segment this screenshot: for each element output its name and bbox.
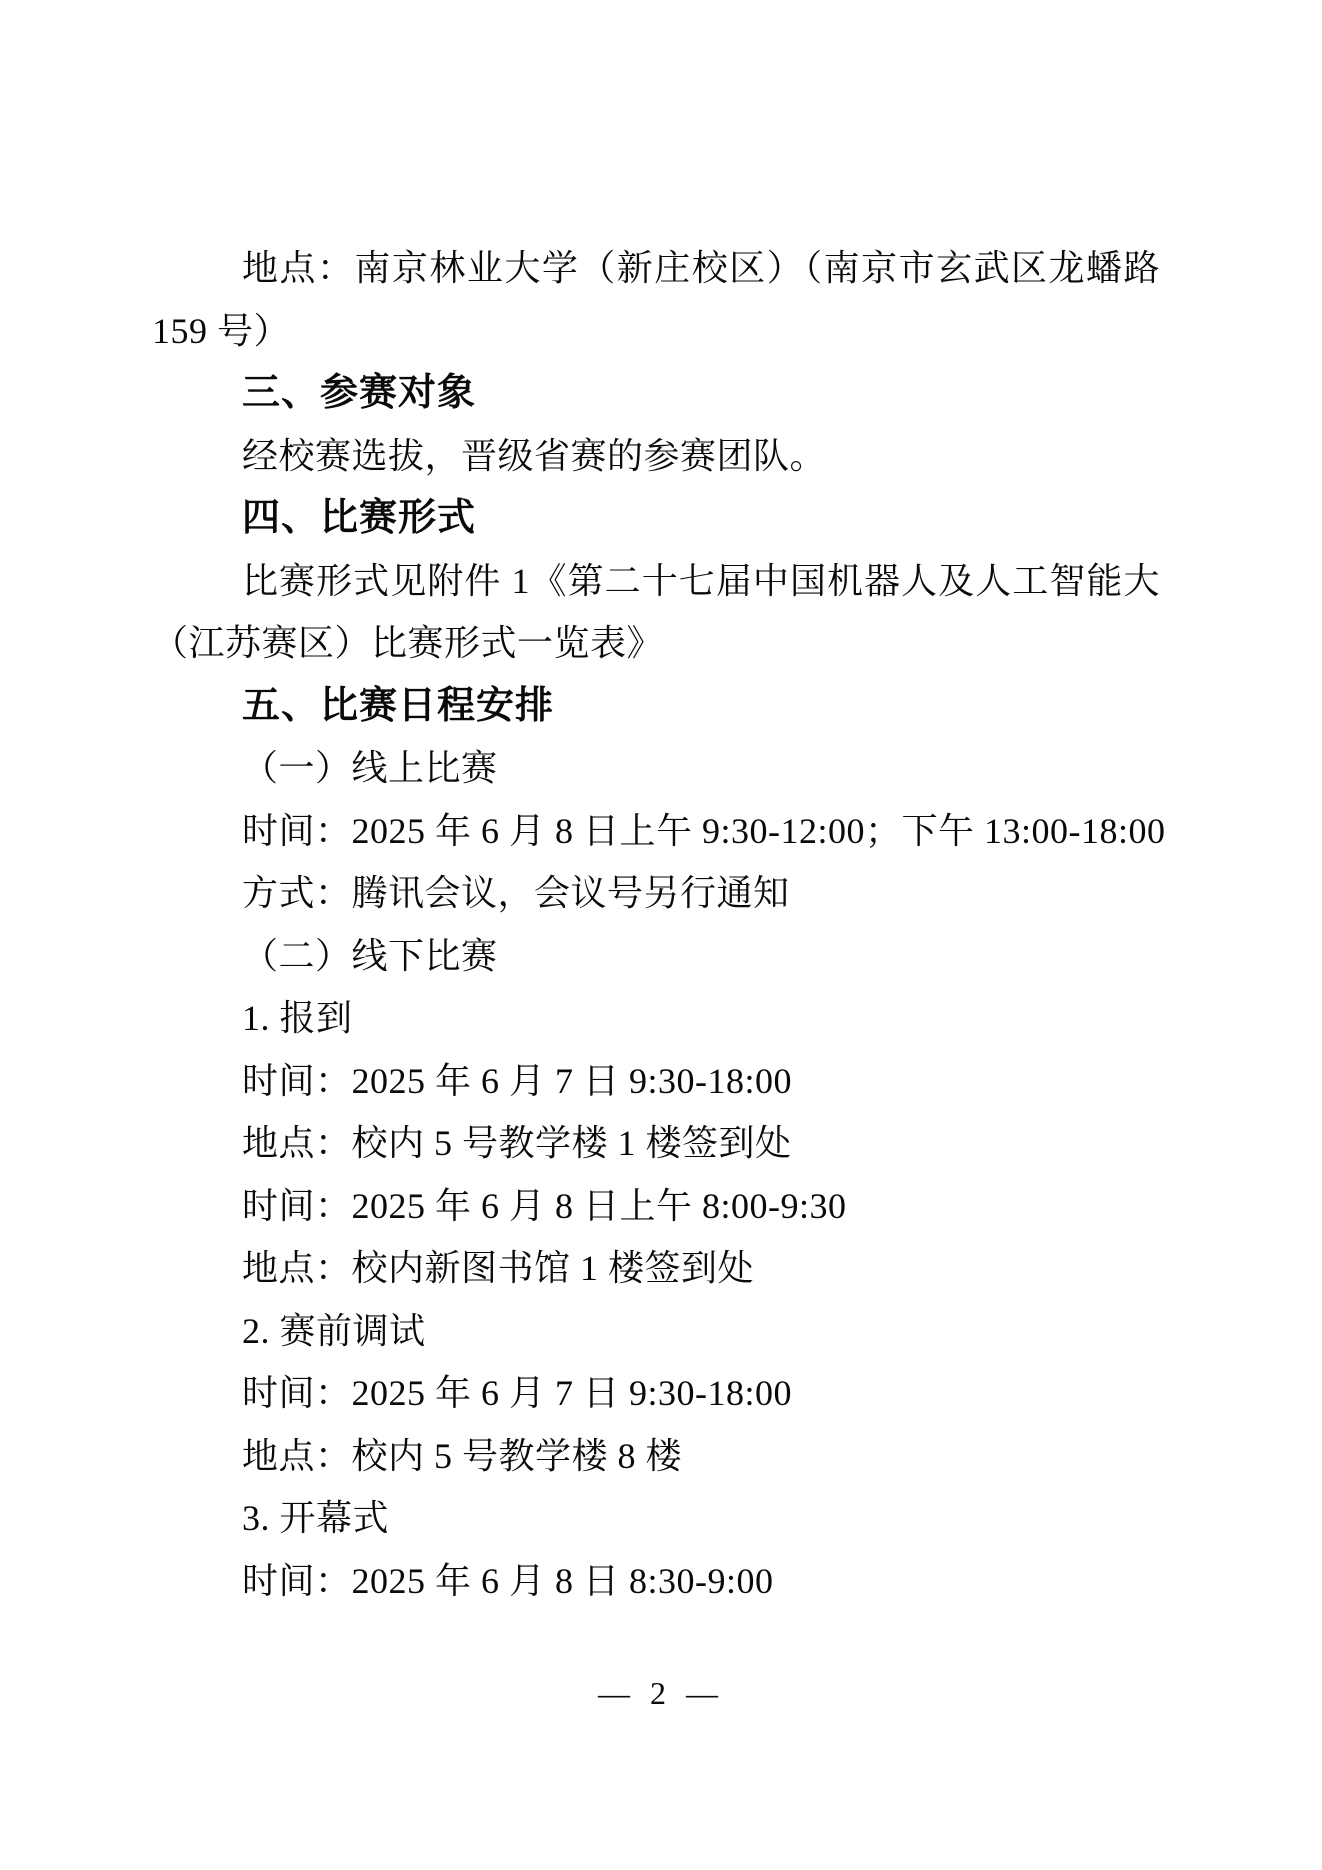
checkin-location-2: 地点：校内新图书馆 1 楼签到处 [152, 1237, 1160, 1300]
heading-section-three: 三、参赛对象 [152, 362, 1160, 425]
venue-line-2: 159 号） [152, 300, 1160, 363]
heading-section-five: 五、比赛日程安排 [152, 675, 1160, 738]
venue-line-1: 地点：南京林业大学（新庄校区）（南京市玄武区龙蟠路 [152, 237, 1160, 300]
online-time: 时间：2025 年 6 月 8 日上午 9:30-12:00；下午 13:00-… [152, 800, 1160, 863]
item-checkin: 1. 报到 [152, 987, 1160, 1050]
item-pre-match-debug: 2. 赛前调试 [152, 1300, 1160, 1363]
subheading-offline-competition: （二）线下比赛 [152, 925, 1160, 988]
debug-location: 地点：校内 5 号教学楼 8 楼 [152, 1425, 1160, 1488]
paragraph-format-line-1: 比赛形式见附件 1《第二十七届中国机器人及人工智能大赛 [152, 550, 1160, 613]
page-number: — 2 — [0, 1672, 1322, 1714]
paragraph-participants: 经校赛选拔，晋级省赛的参赛团队。 [152, 425, 1160, 488]
document-body: 地点：南京林业大学（新庄校区）（南京市玄武区龙蟠路 159 号） 三、参赛对象 … [152, 237, 1160, 1612]
checkin-location-1: 地点：校内 5 号教学楼 1 楼签到处 [152, 1112, 1160, 1175]
opening-time: 时间：2025 年 6 月 8 日 8:30-9:00 [152, 1550, 1160, 1613]
heading-section-four: 四、比赛形式 [152, 487, 1160, 550]
checkin-time-2: 时间：2025 年 6 月 8 日上午 8:00-9:30 [152, 1175, 1160, 1238]
subheading-online-competition: （一）线上比赛 [152, 737, 1160, 800]
document-page: 地点：南京林业大学（新庄校区）（南京市玄武区龙蟠路 159 号） 三、参赛对象 … [0, 0, 1322, 1870]
paragraph-format-line-2: （江苏赛区）比赛形式一览表》 [152, 612, 1160, 675]
checkin-time-1: 时间：2025 年 6 月 7 日 9:30-18:00 [152, 1050, 1160, 1113]
item-opening-ceremony: 3. 开幕式 [152, 1487, 1160, 1550]
online-method: 方式：腾讯会议，会议号另行通知 [152, 862, 1160, 925]
debug-time: 时间：2025 年 6 月 7 日 9:30-18:00 [152, 1362, 1160, 1425]
